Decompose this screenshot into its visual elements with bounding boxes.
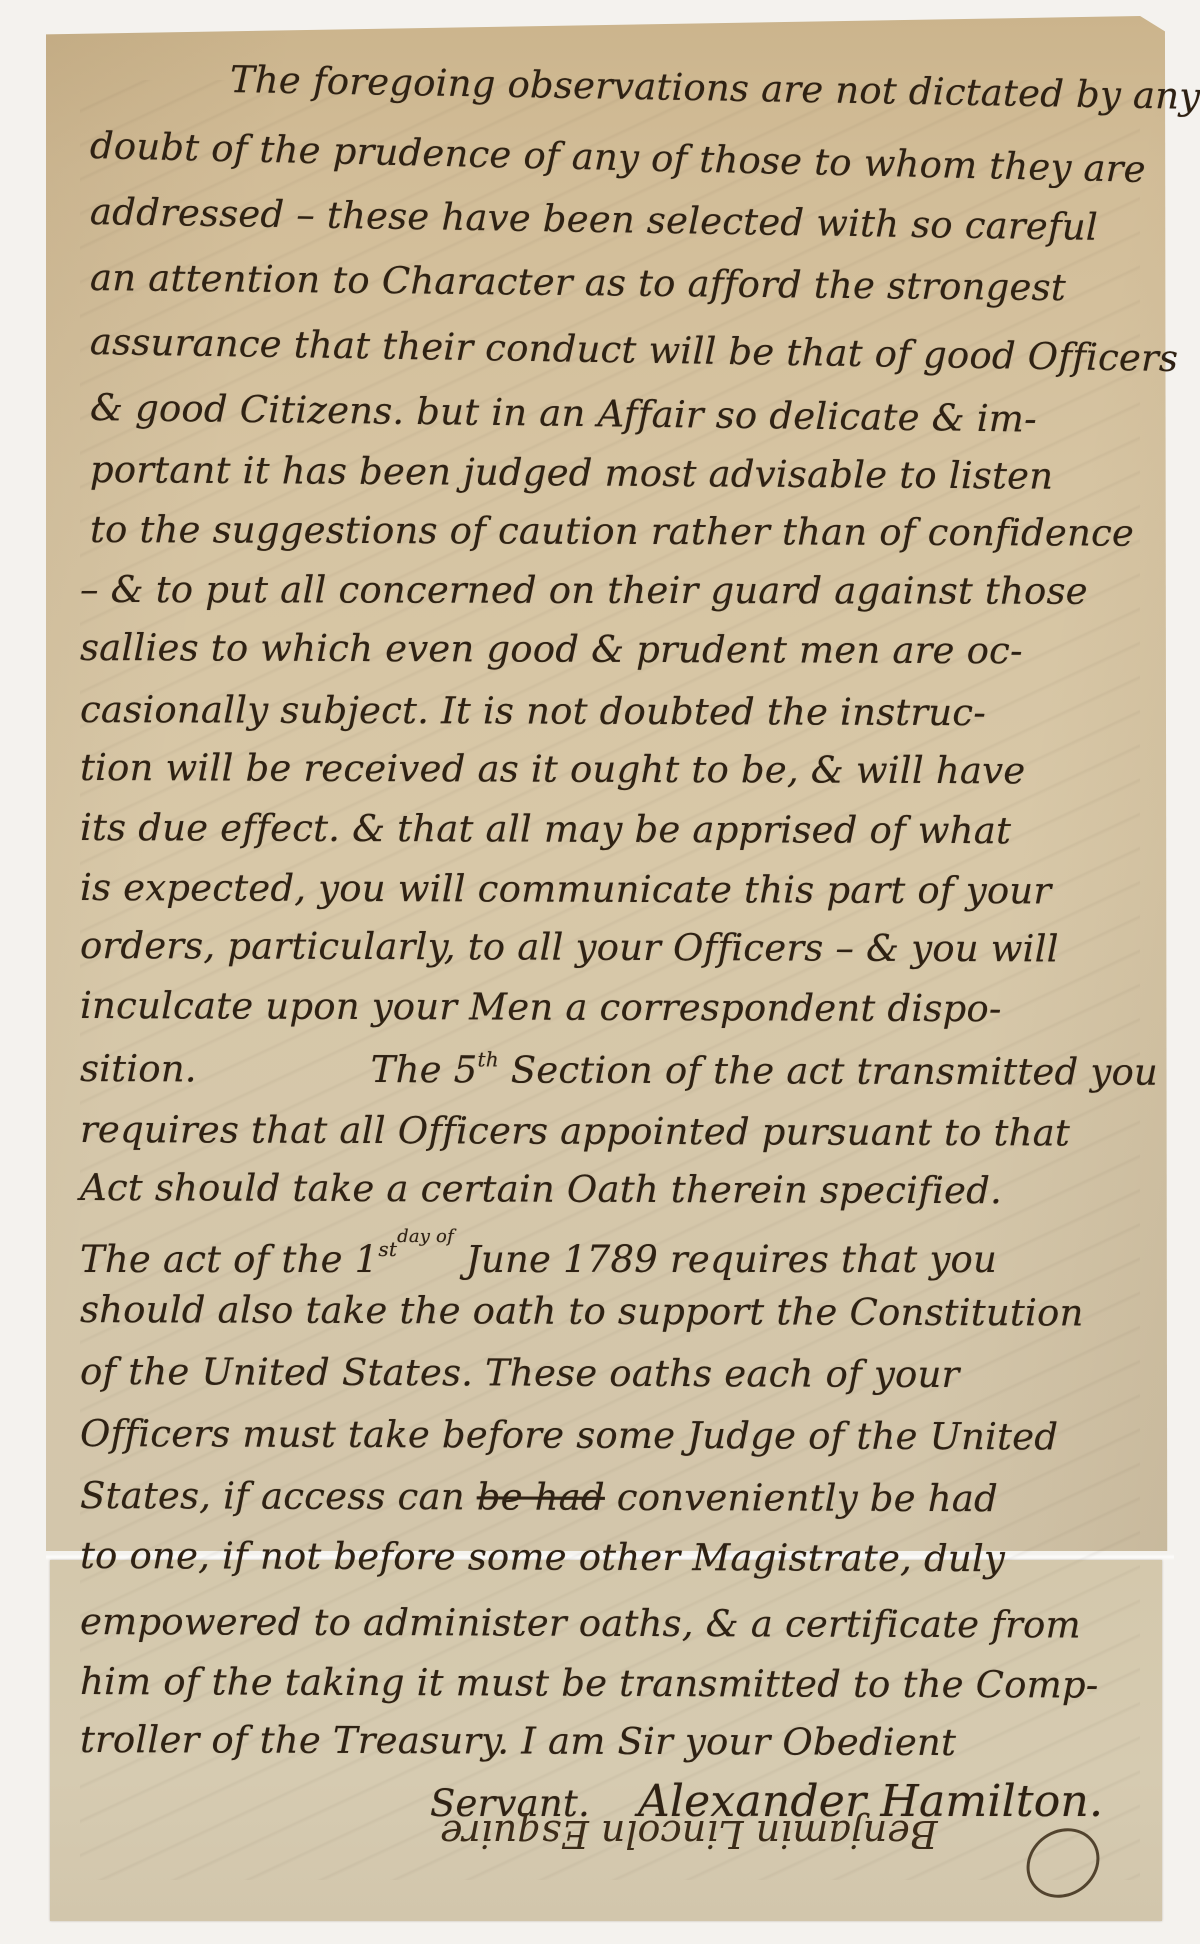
letter-line: is expected, you will communicate this p… xyxy=(80,866,1051,912)
text-fragment: conveniently be had xyxy=(605,1476,998,1520)
text-fragment: sition. xyxy=(80,1047,197,1090)
letter-line: empowered to administer oaths, & a certi… xyxy=(80,1600,1081,1646)
text-fragment: The xyxy=(371,1048,454,1091)
letter-line: inculcate upon your Men a correspondent … xyxy=(80,984,1002,1030)
letter-line: to one, if not before some other Magistr… xyxy=(80,1534,1005,1580)
letter-line: should also take the oath to support the… xyxy=(80,1288,1084,1335)
letter-line: tion will be received as it ought to be,… xyxy=(80,746,1026,792)
text-fragment: Section of the act transmitted you xyxy=(499,1048,1158,1093)
struck-text: be had xyxy=(477,1475,605,1518)
letter-line: orders, particularly, to all your Office… xyxy=(80,924,1059,970)
text-fragment: The act of the 1 xyxy=(80,1238,378,1281)
letter-line: portant it has been judged most advisabl… xyxy=(90,448,1054,498)
letter-line-fifth-section: sition. The 5th Section of the act trans… xyxy=(80,1046,1158,1094)
letter-line: to the suggestions of caution rather tha… xyxy=(90,508,1134,555)
text-fragment: States, if access can xyxy=(80,1474,477,1518)
ordinal-superscript: st xyxy=(378,1237,397,1261)
text-fragment: June 1789 requires that you xyxy=(454,1238,997,1281)
letter-line: sallies to which even good & prudent men… xyxy=(80,626,1023,672)
letter-line: – & to put all concerned on their guard … xyxy=(80,568,1088,613)
interlinear-insertion: day of xyxy=(397,1226,454,1247)
ordinal-number: 5 xyxy=(454,1048,478,1091)
letter-line: its due effect. & that all may be appris… xyxy=(80,806,1011,852)
letter-line-act-june: The act of the 1stday of June 1789 requi… xyxy=(80,1226,997,1281)
ordinal-superscript: th xyxy=(477,1047,498,1071)
letter-line: Officers must take before some Judge of … xyxy=(80,1412,1058,1458)
letter-line: Act should take a certain Oath therein s… xyxy=(80,1166,1002,1212)
indent-space xyxy=(209,1081,359,1082)
letter-line: of the United States. These oaths each o… xyxy=(80,1350,960,1396)
letter-line: casionally subject. It is not doubted th… xyxy=(80,688,986,734)
letter-line: troller of the Treasury. I am Sir your O… xyxy=(80,1718,956,1764)
inverted-endorsement: Benjamin Lincoln Esquire xyxy=(440,1812,938,1856)
letter-line: him of the taking it must be transmitted… xyxy=(80,1660,1099,1707)
letter-line: requires that all Officers appointed pur… xyxy=(80,1108,1070,1154)
letter-line-states: States, if access can be had convenientl… xyxy=(80,1474,998,1520)
